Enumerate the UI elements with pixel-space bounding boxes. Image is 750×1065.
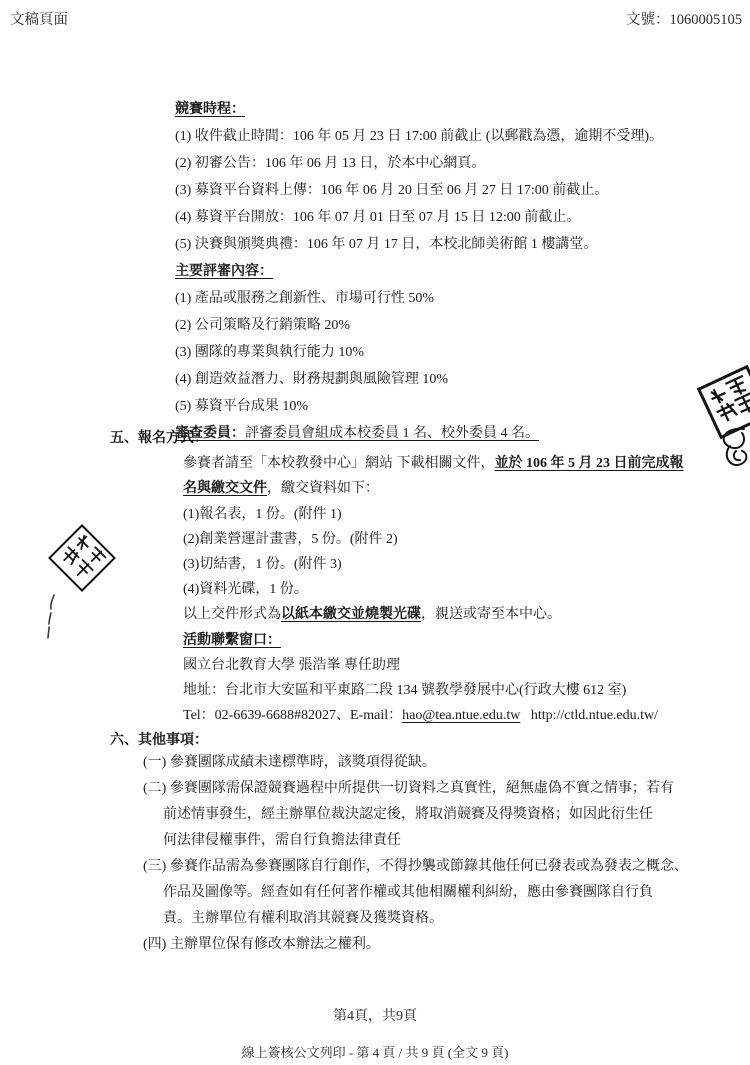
text-segment: (4) 募資平台開放：106 年 07 月 01 日至 07 月 15 日 12…	[175, 210, 580, 225]
text-segment: 並於 106 年 5 月 23 日前完成報	[495, 456, 684, 471]
text-segment: (2) 初審公告：106 年 06 月 13 日，於本中心網頁。	[175, 156, 485, 171]
document-number: 文號：1060005105	[626, 8, 742, 29]
section-other-items: (一) 參賽團隊成績未達標準時，該獎項得從缺。(二) 參賽團隊需保證競賽過程中所…	[0, 750, 750, 958]
text-segment: (二) 參賽團隊需保證競賽過程中所提供一切資料之真實性，絕無虛偽不實之情事；若有	[143, 781, 674, 796]
text-segment: ，繳交資料如下：	[267, 481, 379, 496]
document-line: 參賽者請至「本校教發中心」網站 下載相關文件，並於 106 年 5 月 23 日…	[0, 451, 750, 476]
document-line: (2) 初審公告：106 年 06 月 13 日，於本中心網頁。	[0, 150, 750, 177]
document-line: (2)創業營運計畫書，5 份。(附件 2)	[0, 527, 750, 552]
text-segment: (4)資料光碟，1 份。	[183, 582, 308, 597]
document-line: (四) 主辦單位保有修改本辦法之權利。	[0, 932, 750, 958]
document-page: 文稿頁面 文號：1060005105 競賽時程：(1) 收件截止時間：106 年…	[0, 0, 750, 1065]
text-segment: 參賽者請至「本校教發中心」網站 下載相關文件，	[183, 456, 495, 471]
text-segment: (3) 募資平台資料上傳：106 年 06 月 20 日至 06 月 27 日 …	[175, 183, 608, 198]
document-line: 國立台北教育大學 張浩峯 專任助理	[0, 653, 750, 678]
document-line: (4)資料光碟，1 份。	[0, 577, 750, 602]
document-line: 主要評審內容：	[0, 258, 750, 285]
text-segment: ，親送或寄至本中心。	[421, 607, 561, 622]
document-line: 名與繳交文件，繳交資料如下：	[0, 476, 750, 501]
text-segment: (1) 收件截止時間：106 年 05 月 23 日 17:00 前截止 (以郵…	[175, 129, 663, 144]
document-line: 活動聯繫窗口：	[0, 628, 750, 653]
page-number-label: 第4頁，共9頁	[0, 1005, 750, 1025]
text-segment: 競賽時程：	[175, 102, 245, 117]
document-line: 何法律侵權事件，需自行負擔法律責任	[0, 828, 750, 854]
website-url: http://ctld.ntue.edu.tw/	[520, 708, 658, 723]
text-segment: (三) 參賽作品需為參賽團隊自行創作，不得抄襲或節錄其他任何已發表或為發表之概念…	[143, 859, 688, 874]
text-segment: 以紙本繳交並燒製光碟	[281, 607, 421, 622]
text-segment: (1)報名表，1 份。(附件 1)	[183, 507, 342, 522]
text-segment: 活動聯繫窗口：	[183, 633, 281, 648]
text-segment: 以上交件形式為	[183, 607, 281, 622]
text-segment: (2)創業營運計畫書，5 份。(附件 2)	[183, 532, 398, 547]
document-line: 五、報名方式：	[0, 426, 750, 451]
text-segment: (4) 創造效益潛力、財務規劃與風險管理 10%	[175, 372, 448, 387]
document-line: (1) 產品或服務之創新性、市場可行性 50%	[0, 285, 750, 312]
text-segment: (3) 團隊的專業與執行能力 10%	[175, 345, 364, 360]
document-line: (3) 募資平台資料上傳：106 年 06 月 20 日至 06 月 27 日 …	[0, 177, 750, 204]
text-segment: 前述情事發生，經主辦單位裁決認定後，將取消競賽及得獎資格；如因此衍生任	[163, 807, 653, 822]
document-line: 競賽時程：	[0, 96, 750, 123]
signature-scribble-icon	[708, 425, 750, 477]
document-line: (1) 收件截止時間：106 年 05 月 23 日 17:00 前截止 (以郵…	[0, 123, 750, 150]
document-line: (二) 參賽團隊需保證競賽過程中所提供一切資料之真實性，絕無虛偽不實之情事；若有	[0, 776, 750, 802]
section-competition-schedule: 競賽時程：(1) 收件截止時間：106 年 05 月 23 日 17:00 前截…	[0, 96, 750, 447]
text-segment: (3)切結書，1 份。(附件 3)	[183, 557, 342, 572]
document-line: 責。主辦單位有權利取消其競賽及獲獎資格。	[0, 906, 750, 932]
text-segment: 主要評審內容：	[175, 264, 273, 279]
text-segment: (2) 公司策略及行銷策略 20%	[175, 318, 350, 333]
document-line: Tel：02-6639-6688#82027、E-mail：hao@tea.nt…	[0, 703, 750, 728]
text-segment: 責。主辦單位有權利取消其競賽及獲獎資格。	[163, 911, 443, 926]
text-segment: 何法律侵權事件，需自行負擔法律責任	[163, 833, 401, 848]
text-segment: (四) 主辦單位保有修改本辦法之權利。	[143, 937, 380, 952]
document-line: 作品及圖像等。經查如有任何著作權或其他相關權利糾紛，應由參賽團隊自行負	[0, 880, 750, 906]
document-line: 以上交件形式為以紙本繳交並燒製光碟，親送或寄至本中心。	[0, 602, 750, 627]
document-line: 前述情事發生，經主辦單位裁決認定後，將取消競賽及得獎資格；如因此衍生任	[0, 802, 750, 828]
document-line: 地址：台北市大安區和平東路二段 134 號教學發展中心(行政大樓 612 室)	[0, 678, 750, 703]
text-segment: (5) 募資平台成果 10%	[175, 399, 308, 414]
text-segment: (1) 產品或服務之創新性、市場可行性 50%	[175, 291, 434, 306]
text-segment: 五、報名方式：	[110, 431, 208, 446]
stray-mark-icon	[42, 593, 60, 641]
section-registration: 五、報名方式：參賽者請至「本校教發中心」網站 下載相關文件，並於 106 年 5…	[0, 426, 750, 753]
text-segment: 六、其他事項：	[110, 733, 208, 748]
text-segment: (一) 參賽團隊成績未達標準時，該獎項得從缺。	[143, 755, 436, 770]
email-address: hao@tea.ntue.edu.tw	[402, 708, 520, 723]
text-segment: Tel：02-6639-6688#82027、E-mail：	[183, 708, 402, 723]
document-line: (1)報名表，1 份。(附件 1)	[0, 502, 750, 527]
document-line: (2) 公司策略及行銷策略 20%	[0, 312, 750, 339]
document-line: (三) 參賽作品需為參賽團隊自行創作，不得抄襲或節錄其他任何已發表或為發表之概念…	[0, 854, 750, 880]
document-line: (一) 參賽團隊成績未達標準時，該獎項得從缺。	[0, 750, 750, 776]
document-line: (5) 決賽與頒獎典禮：106 年 07 月 17 日，本校北師美術館 1 樓講…	[0, 231, 750, 258]
text-segment: 名與繳交文件	[183, 481, 267, 496]
text-segment: 國立台北教育大學 張浩峯 專任助理	[183, 658, 400, 673]
page-header-title: 文稿頁面	[10, 8, 68, 29]
text-segment: (5) 決賽與頒獎典禮：106 年 07 月 17 日，本校北師美術館 1 樓講…	[175, 237, 597, 252]
document-line: (5) 募資平台成果 10%	[0, 393, 750, 420]
document-line: (4) 募資平台開放：106 年 07 月 01 日至 07 月 15 日 12…	[0, 204, 750, 231]
document-line: (3) 團隊的專業與執行能力 10%	[0, 339, 750, 366]
text-segment: 地址：台北市大安區和平東路二段 134 號教學發展中心(行政大樓 612 室)	[183, 683, 626, 698]
print-footer-label: 線上簽核公文列印 - 第 4 頁 / 共 9 頁 (全文 9 頁)	[0, 1042, 750, 1061]
text-segment: 作品及圖像等。經查如有任何著作權或其他相關權利糾紛，應由參賽團隊自行負	[163, 885, 653, 900]
document-line: (4) 創造效益潛力、財務規劃與風險管理 10%	[0, 366, 750, 393]
